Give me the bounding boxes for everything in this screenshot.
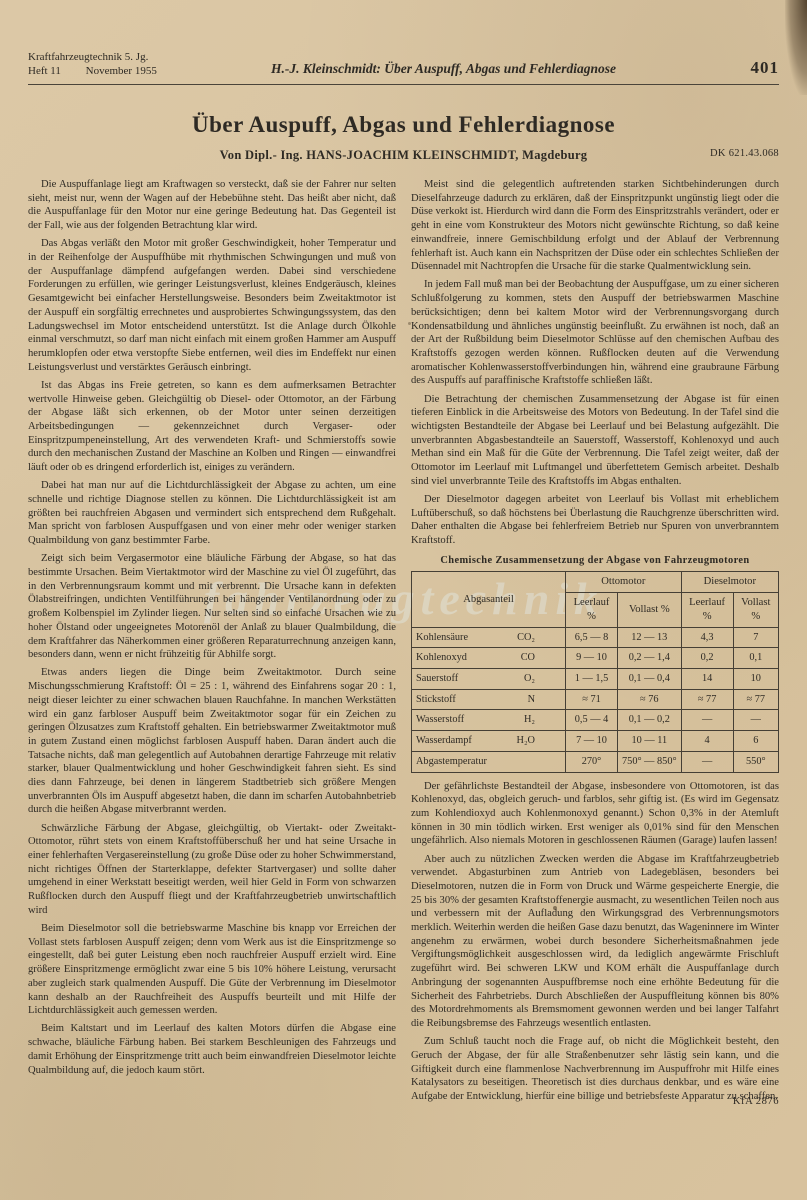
page-number: 401 bbox=[659, 58, 779, 78]
article-columns: Die Auspuffanlage liegt am Kraftwagen so… bbox=[28, 178, 779, 1108]
paragraph: Aber auch zu nützlichen Zwecken werden d… bbox=[411, 853, 779, 1031]
exhaust-composition-table-section: Chemische Zusammensetzung der Abgase von… bbox=[411, 554, 779, 773]
column-header-vollast-otto: Vollast % bbox=[618, 593, 682, 627]
table-row: Abgastemperatur 270° 750° — 850° — 550° bbox=[412, 751, 779, 772]
component-formula: O₂ bbox=[524, 672, 535, 686]
value-cell: 0,2 — 1,4 bbox=[618, 648, 682, 669]
column-header-vollast-diesel: Vollast % bbox=[733, 593, 778, 627]
column-group-ottomotor: Ottomotor bbox=[566, 572, 682, 593]
value-cell: 14 bbox=[681, 669, 733, 690]
value-cell: 6 bbox=[733, 731, 778, 752]
value-cell: 0,2 bbox=[681, 648, 733, 669]
paragraph: Zum Schluß taucht noch die Frage auf, ob… bbox=[411, 1035, 779, 1104]
value-cell: 7 — 10 bbox=[566, 731, 618, 752]
paragraph: Meist sind die gelegentlich auftretenden… bbox=[411, 178, 779, 274]
paragraph: Schwärzliche Färbung der Abgase, gleichg… bbox=[28, 822, 396, 918]
component-formula: N bbox=[528, 693, 535, 707]
issue-date: November 1955 bbox=[86, 64, 157, 78]
journal-name: Kraftfahrzeugtechnik 5. Jg. bbox=[28, 50, 228, 64]
component-formula: H₂ bbox=[524, 713, 535, 727]
article-title: Über Auspuff, Abgas und Fehlerdiagnose bbox=[28, 112, 779, 138]
component-name: Sauerstoff bbox=[416, 672, 458, 686]
table-row: WasserdampfH₂O 7 — 10 10 — 11 4 6 bbox=[412, 731, 779, 752]
value-cell: 0,1 — 0,4 bbox=[618, 669, 682, 690]
component-name: Stickstoff bbox=[416, 693, 456, 707]
right-column: Meist sind die gelegentlich auftretenden… bbox=[411, 178, 779, 1108]
paragraph: Zeigt sich beim Vergasermotor eine bläul… bbox=[28, 552, 396, 662]
paragraph: In jedem Fall muß man bei der Beobachtun… bbox=[411, 278, 779, 388]
component-formula: CO bbox=[521, 651, 535, 665]
component-name: Wasserdampf bbox=[416, 734, 472, 748]
value-cell: — bbox=[681, 710, 733, 731]
paragraph: Das Abgas verläßt den Motor mit großer G… bbox=[28, 237, 396, 374]
dk-classification: DK 621.43.068 bbox=[710, 148, 779, 159]
component-name: Kohlensäure bbox=[416, 631, 468, 645]
byline-row: Von Dipl.- Ing. HANS-JOACHIM KLEINSCHMID… bbox=[28, 146, 779, 162]
component-name: Abgastemperatur bbox=[416, 755, 487, 769]
table-title: Chemische Zusammensetzung der Abgase von… bbox=[411, 554, 779, 568]
value-cell: 750° — 850° bbox=[618, 751, 682, 772]
running-head: H.-J. Kleinschmidt: Über Auspuff, Abgas … bbox=[228, 61, 659, 78]
value-cell: 7 bbox=[733, 627, 778, 648]
paragraph: Die Betrachtung der chemischen Zusammens… bbox=[411, 393, 779, 489]
journal-page: Kraftfahrzeugtechnik 5. Jg. Heft 11 Nove… bbox=[28, 0, 779, 1108]
column-header-leerlauf-diesel: Leerlauf % bbox=[681, 593, 733, 627]
table-group-header-row: Abgasanteil Ottomotor Dieselmotor bbox=[412, 572, 779, 593]
exhaust-composition-table: Abgasanteil Ottomotor Dieselmotor Leerla… bbox=[411, 571, 779, 772]
table-row: WasserstoffH₂ 0,5 — 4 0,1 — 0,2 — — bbox=[412, 710, 779, 731]
paragraph: Der gefährlichste Bestandteil der Abgase… bbox=[411, 780, 779, 849]
column-header-abgasanteil: Abgasanteil bbox=[412, 572, 566, 627]
issue-number: Heft 11 bbox=[28, 64, 61, 78]
table-row: KohlensäureCO₂ 6,5 — 8 12 — 13 4,3 7 bbox=[412, 627, 779, 648]
journal-info: Kraftfahrzeugtechnik 5. Jg. Heft 11 Nove… bbox=[28, 50, 228, 78]
value-cell: — bbox=[733, 710, 778, 731]
issue-line: Heft 11 November 1955 bbox=[28, 64, 228, 78]
paragraph: Ist das Abgas ins Freie getreten, so kan… bbox=[28, 379, 396, 475]
paragraph: Beim Kaltstart und im Leerlauf des kalte… bbox=[28, 1022, 396, 1077]
value-cell: 4,3 bbox=[681, 627, 733, 648]
paragraph: Der Dieselmotor dagegen arbeitet von Lee… bbox=[411, 493, 779, 548]
value-cell: — bbox=[681, 751, 733, 772]
component-name: Wasserstoff bbox=[416, 713, 464, 727]
value-cell: 0,5 — 4 bbox=[566, 710, 618, 731]
value-cell: 0,1 bbox=[733, 648, 778, 669]
value-cell: ≈ 77 bbox=[681, 689, 733, 710]
value-cell: ≈ 76 bbox=[618, 689, 682, 710]
value-cell: 6,5 — 8 bbox=[566, 627, 618, 648]
value-cell: ≈ 71 bbox=[566, 689, 618, 710]
scan-corner-smudge bbox=[785, 0, 807, 95]
column-group-dieselmotor: Dieselmotor bbox=[681, 572, 778, 593]
column-header-leerlauf-otto: Leerlauf % bbox=[566, 593, 618, 627]
value-cell: 10 — 11 bbox=[618, 731, 682, 752]
table-row: StickstoffN ≈ 71 ≈ 76 ≈ 77 ≈ 77 bbox=[412, 689, 779, 710]
value-cell: 9 — 10 bbox=[566, 648, 618, 669]
table-row: KohlenoxydCO 9 — 10 0,2 — 1,4 0,2 0,1 bbox=[412, 648, 779, 669]
paragraph: Beim Dieselmotor soll die betriebswarme … bbox=[28, 922, 396, 1018]
component-formula: H₂O bbox=[517, 734, 535, 748]
paragraph: Die Auspuffanlage liegt am Kraftwagen so… bbox=[28, 178, 396, 233]
paragraph: Dabei hat man nur auf die Lichtdurchläss… bbox=[28, 479, 396, 548]
left-column: Die Auspuffanlage liegt am Kraftwagen so… bbox=[28, 178, 396, 1108]
value-cell: 550° bbox=[733, 751, 778, 772]
value-cell: 270° bbox=[566, 751, 618, 772]
value-cell: 12 — 13 bbox=[618, 627, 682, 648]
page-header: Kraftfahrzeugtechnik 5. Jg. Heft 11 Nove… bbox=[28, 50, 779, 85]
paragraph: Etwas anders liegen die Dinge beim Zweit… bbox=[28, 666, 396, 817]
author-byline: Von Dipl.- Ing. HANS-JOACHIM KLEINSCHMID… bbox=[220, 148, 588, 162]
component-name: Kohlenoxyd bbox=[416, 651, 467, 665]
scanned-journal-page: { "theme": { "paper_color": "#d9c5a2", "… bbox=[0, 0, 807, 1200]
component-formula: CO₂ bbox=[517, 631, 535, 645]
value-cell: 4 bbox=[681, 731, 733, 752]
table-row: SauerstoffO₂ 1 — 1,5 0,1 — 0,4 14 10 bbox=[412, 669, 779, 690]
value-cell: 10 bbox=[733, 669, 778, 690]
value-cell: 0,1 — 0,2 bbox=[618, 710, 682, 731]
value-cell: 1 — 1,5 bbox=[566, 669, 618, 690]
value-cell: ≈ 77 bbox=[733, 689, 778, 710]
